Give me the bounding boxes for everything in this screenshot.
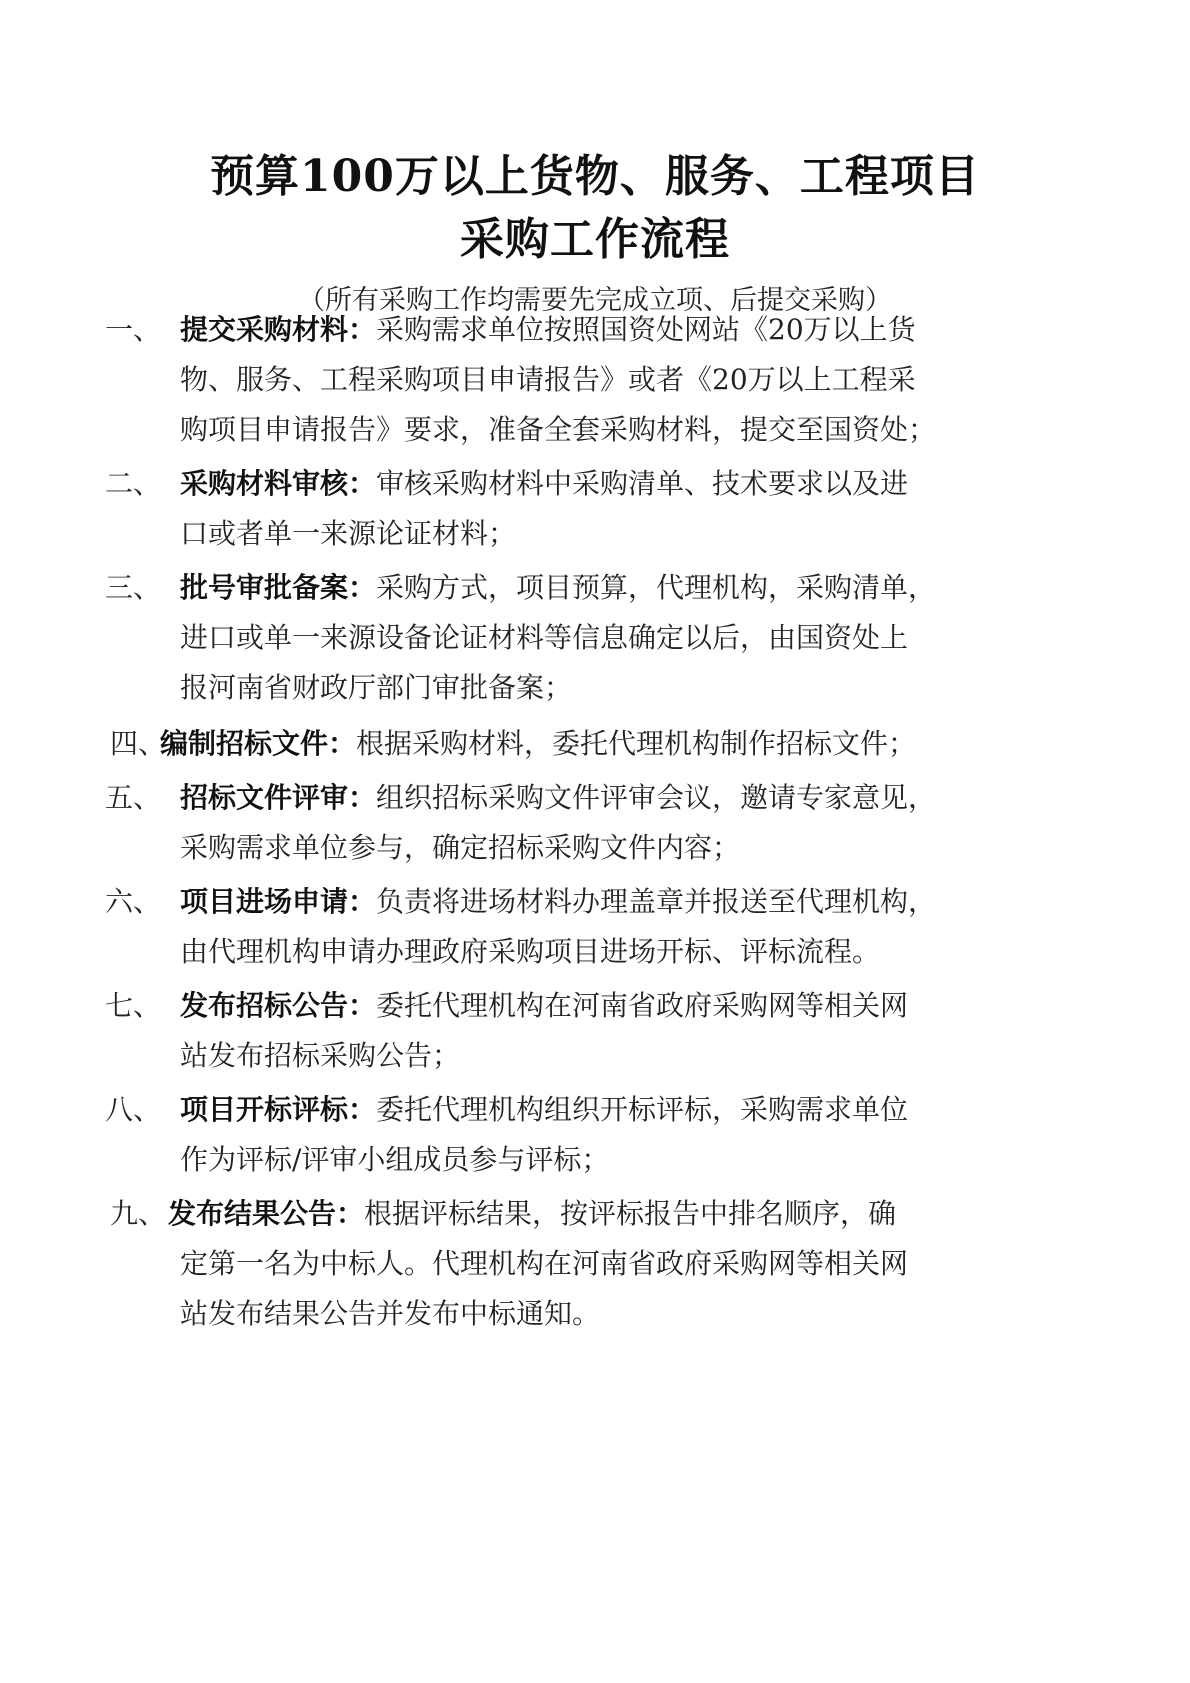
- step-line: 进口或单一来源设备论证材料等信息确定以后，由国资处上: [180, 616, 908, 656]
- step-text: 负责将进场材料办理盖章并报送至代理机构，: [376, 885, 936, 918]
- step-line: 站发布招标采购公告；: [180, 1034, 460, 1074]
- step-number: 四、: [110, 722, 166, 762]
- step-line: 口或者单一来源论证材料；: [180, 512, 516, 552]
- step-line: 招标文件评审：组织招标采购文件评审会议，邀请专家意见，: [180, 776, 936, 816]
- step-line: 批号审批备案：采购方式，项目预算，代理机构，采购清单，: [180, 566, 936, 606]
- step-number: 六、: [105, 880, 161, 920]
- step-line: 采购需求单位参与，确定招标采购文件内容；: [180, 826, 740, 866]
- step-line: 提交采购材料：采购需求单位按照国资处网站《20万以上货: [180, 308, 916, 348]
- step-heading: 编制招标文件：: [160, 727, 356, 760]
- step-line: 项目开标评标：委托代理机构组织开标评标，采购需求单位: [180, 1088, 908, 1128]
- step-text: 审核采购材料中采购清单、技术要求以及进: [376, 467, 908, 500]
- step-text: 根据评标结果，按评标报告中排名顺序，确: [364, 1197, 896, 1230]
- step-number: 八、: [105, 1088, 161, 1128]
- step-line: 定第一名为中标人。代理机构在河南省政府采购网等相关网: [180, 1242, 908, 1282]
- step-text: 组织招标采购文件评审会议，邀请专家意见，: [376, 781, 936, 814]
- step-line: 购项目申请报告》要求，准备全套采购材料，提交至国资处；: [180, 408, 936, 448]
- step-number: 一、: [105, 308, 161, 348]
- step-number: 九、: [110, 1192, 166, 1232]
- document-page: 预算100万以上货物、服务、工程项目 采购工作流程 （所有采购工作均需要先完成立…: [0, 0, 1190, 1683]
- step-heading: 发布结果公告：: [168, 1197, 364, 1230]
- step-line: 作为评标/评审小组成员参与评标；: [180, 1138, 609, 1178]
- step-line: 项目进场申请：负责将进场材料办理盖章并报送至代理机构，: [180, 880, 936, 920]
- step-text: 根据采购材料，委托代理机构制作招标文件；: [356, 727, 916, 760]
- step-number: 二、: [105, 462, 161, 502]
- step-text: 采购需求单位按照国资处网站《20万以上货: [376, 313, 916, 346]
- step-heading: 提交采购材料：: [180, 313, 376, 346]
- document-title-line1: 预算100万以上货物、服务、工程项目: [0, 140, 1190, 204]
- step-line: 发布结果公告：根据评标结果，按评标报告中排名顺序，确: [168, 1192, 896, 1232]
- step-heading: 招标文件评审：: [180, 781, 376, 814]
- step-number: 五、: [105, 776, 161, 816]
- step-heading: 采购材料审核：: [180, 467, 376, 500]
- step-text: 委托代理机构组织开标评标，采购需求单位: [376, 1093, 908, 1126]
- step-number: 七、: [105, 984, 161, 1024]
- step-line: 由代理机构申请办理政府采购项目进场开标、评标流程。: [180, 930, 880, 970]
- step-line: 站发布结果公告并发布中标通知。: [180, 1292, 600, 1332]
- document-title-line2: 采购工作流程: [0, 203, 1190, 267]
- step-line: 物、服务、工程采购项目申请报告》或者《20万以上工程采: [180, 358, 916, 398]
- step-heading: 发布招标公告：: [180, 989, 376, 1022]
- step-heading: 批号审批备案：: [180, 571, 376, 604]
- step-line: 采购材料审核：审核采购材料中采购清单、技术要求以及进: [180, 462, 908, 502]
- step-heading: 项目进场申请：: [180, 885, 376, 918]
- step-text: 委托代理机构在河南省政府采购网等相关网: [376, 989, 908, 1022]
- step-number: 三、: [105, 566, 161, 606]
- step-text: 采购方式，项目预算，代理机构，采购清单，: [376, 571, 936, 604]
- step-line: 发布招标公告：委托代理机构在河南省政府采购网等相关网: [180, 984, 908, 1024]
- step-heading: 项目开标评标：: [180, 1093, 376, 1126]
- step-line: 报河南省财政厅部门审批备案；: [180, 666, 572, 706]
- step-line: 编制招标文件：根据采购材料，委托代理机构制作招标文件；: [160, 722, 916, 762]
